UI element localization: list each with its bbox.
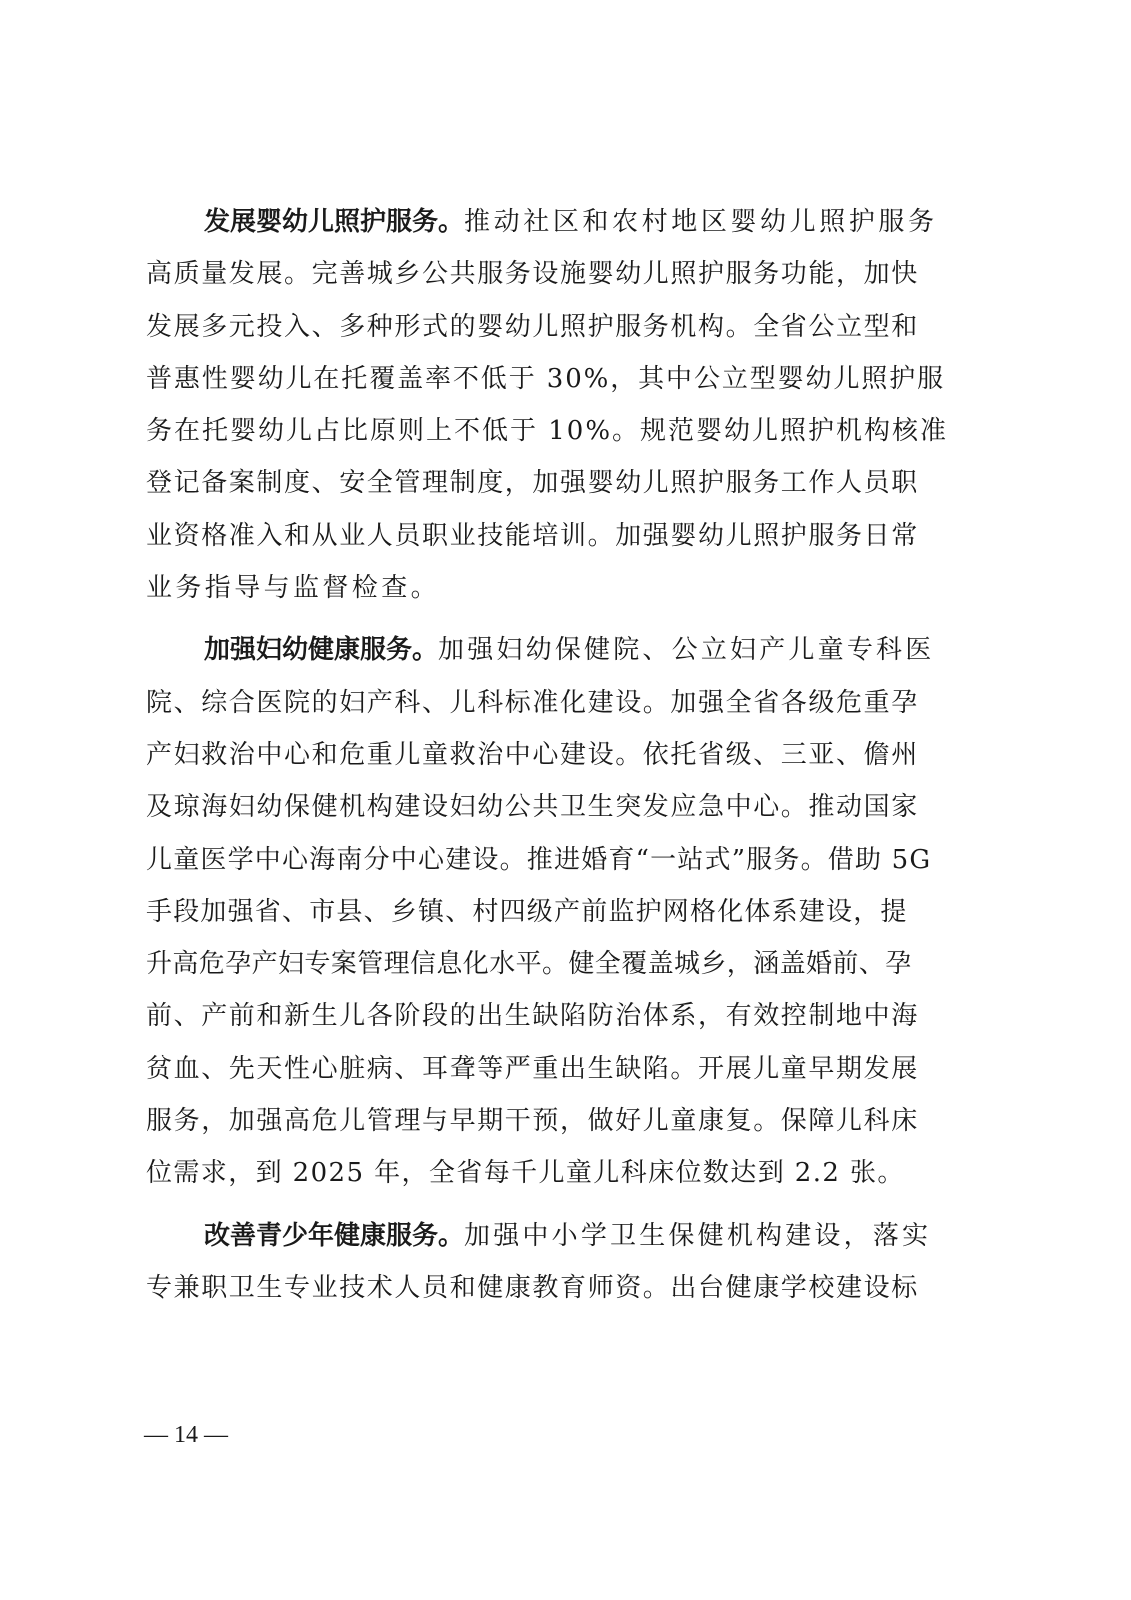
text-line: 业资格准入和从业人员职业技能培训。加强婴幼儿照护服务日常	[146, 510, 976, 562]
document-page: 发展婴幼儿照护服务。推动社区和农村地区婴幼儿照护服务 高质量发展。完善城乡公共服…	[146, 196, 976, 1314]
text-line: 推动社区和农村地区婴幼儿照护服务	[464, 196, 976, 248]
text-line: 服务，加强高危儿管理与早期干预，做好儿童康复。保障儿科床	[146, 1095, 976, 1147]
paragraph-first-line: 加强妇幼健康服务。加强妇幼保健院、公立妇产儿童专科医	[146, 624, 976, 676]
text-line: 专兼职卫生专业技术人员和健康教育师资。出台健康学校建设标	[146, 1262, 976, 1314]
text-line: 位需求，到 2025 年，全省每千儿童儿科床位数达到 2.2 张。	[146, 1147, 976, 1199]
text-line: 产妇救治中心和危重儿童救治中心建设。依托省级、三亚、儋州	[146, 729, 976, 781]
text-line: 升高危孕产妇专案管理信息化水平。健全覆盖城乡，涵盖婚前、孕	[146, 938, 976, 990]
paragraph-heading: 发展婴幼儿照护服务。	[204, 196, 464, 248]
text-line: 手段加强省、市县、乡镇、村四级产前监护网格化体系建设，提	[146, 886, 976, 938]
text-line: 业务指导与监督检查。	[146, 562, 976, 614]
paragraph-heading: 加强妇幼健康服务。	[204, 624, 438, 676]
text-line: 务在托婴幼儿占比原则上不低于 10%。规范婴幼儿照护机构核准	[146, 405, 976, 457]
text-line: 普惠性婴幼儿在托覆盖率不低于 30%，其中公立型婴幼儿照护服	[146, 353, 976, 405]
text-line: 加强中小学卫生保健机构建设，落实	[464, 1210, 976, 1262]
paragraph-heading: 改善青少年健康服务。	[204, 1210, 464, 1262]
text-line: 及琼海妇幼保健机构建设妇幼公共卫生突发应急中心。推动国家	[146, 781, 976, 833]
text-line: 高质量发展。完善城乡公共服务设施婴幼儿照护服务功能，加快	[146, 248, 976, 300]
text-line: 贫血、先天性心脏病、耳聋等严重出生缺陷。开展儿童早期发展	[146, 1043, 976, 1095]
paragraph-first-line: 改善青少年健康服务。加强中小学卫生保健机构建设，落实	[146, 1210, 976, 1262]
text-line: 前、产前和新生儿各阶段的出生缺陷防治体系，有效控制地中海	[146, 990, 976, 1042]
text-line: 加强妇幼保健院、公立妇产儿童专科医	[438, 624, 976, 676]
text-line: 登记备案制度、安全管理制度，加强婴幼儿照护服务工作人员职	[146, 457, 976, 509]
text-line: 儿童医学中心海南分中心建设。推进婚育“一站式”服务。借助 5G	[146, 834, 976, 886]
paragraph-infant-care: 发展婴幼儿照护服务。推动社区和农村地区婴幼儿照护服务 高质量发展。完善城乡公共服…	[146, 196, 976, 614]
text-line: 院、综合医院的妇产科、儿科标准化建设。加强全省各级危重孕	[146, 677, 976, 729]
paragraph-first-line: 发展婴幼儿照护服务。推动社区和农村地区婴幼儿照护服务	[146, 196, 976, 248]
paragraph-adolescent-health: 改善青少年健康服务。加强中小学卫生保健机构建设，落实 专兼职卫生专业技术人员和健…	[146, 1210, 976, 1315]
page-number: — 14 —	[144, 1422, 228, 1449]
text-line: 发展多元投入、多种形式的婴幼儿照护服务机构。全省公立型和	[146, 301, 976, 353]
paragraph-maternal-child-health: 加强妇幼健康服务。加强妇幼保健院、公立妇产儿童专科医 院、综合医院的妇产科、儿科…	[146, 624, 976, 1199]
